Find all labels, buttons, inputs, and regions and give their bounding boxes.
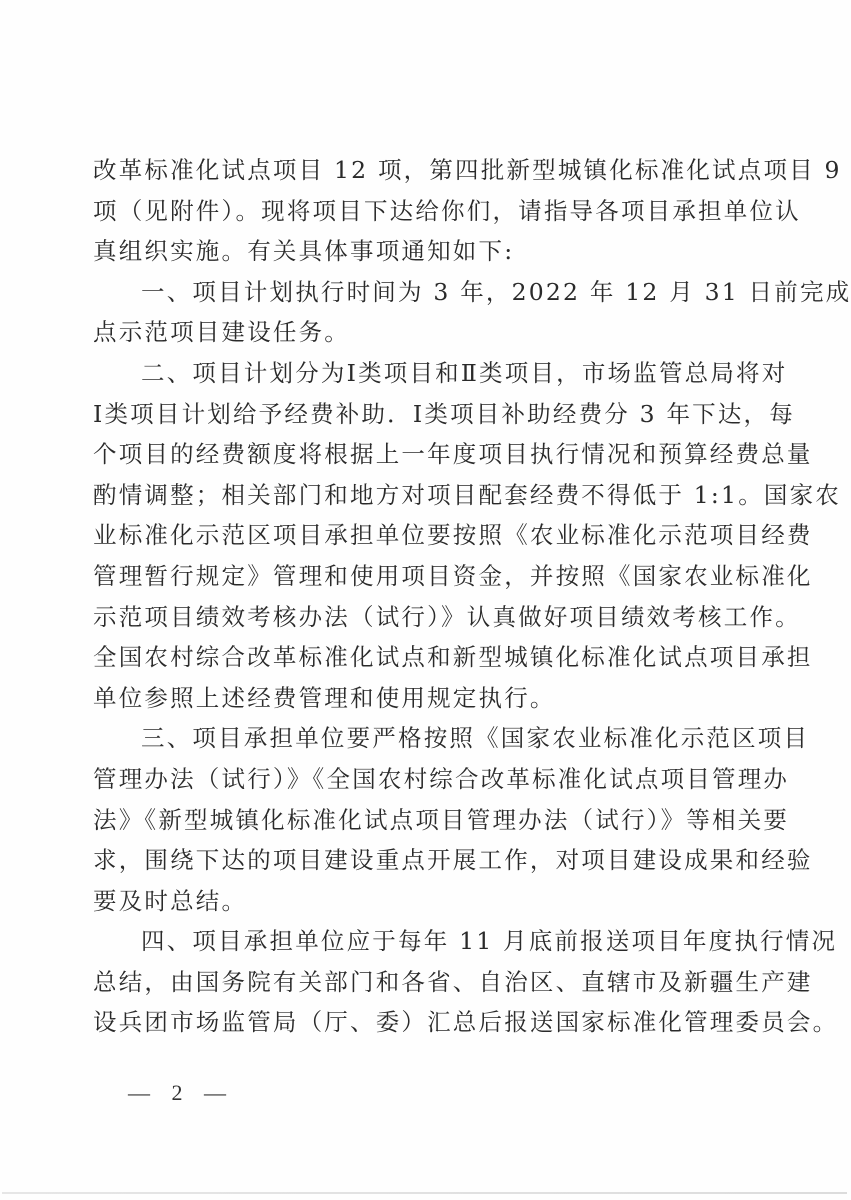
section-2-start: 二、项目计划分为Ⅰ类项目和Ⅱ类项目，市场监管总局将对: [93, 353, 783, 394]
text-line: 单位参照上述经费管理和使用规定执行。: [93, 678, 783, 719]
text-line: 酌情调整；相关部门和地方对项目配套经费不得低于 1:1。国家农: [93, 475, 783, 516]
text-line: 法》《新型城镇化标准化试点项目管理办法（试行）》等相关要: [93, 800, 783, 841]
section-3-start: 三、项目承担单位要严格按照《国家农业标准化示范区项目: [93, 718, 783, 759]
text-line: 全国农村综合改革标准化试点和新型城镇化标准化试点项目承担: [93, 637, 783, 678]
text-line: 业标准化示范区项目承担单位要按照《农业标准化示范项目经费: [93, 515, 783, 556]
page-bottom-edge: [2, 1192, 847, 1194]
text-line: 总结，由国务院有关部门和各省、自治区、直辖市及新疆生产建: [93, 962, 783, 1003]
text-line: 改革标准化试点项目 12 项，第四批新型城镇化标准化试点项目 9: [93, 150, 783, 191]
text-line: 点示范项目建设任务。: [93, 312, 783, 353]
text-line: 要及时总结。: [93, 881, 783, 922]
text-line: 管理办法（试行）》《全国农村综合改革标准化试点项目管理办: [93, 759, 783, 800]
text-line: 设兵团市场监管局（厅、委）汇总后报送国家标准化管理委员会。: [93, 1002, 783, 1043]
section-1-start: 一、项目计划执行时间为 3 年，2022 年 12 月 31 日前完成试: [93, 272, 783, 313]
text-line: 求，围绕下达的项目建设重点开展工作，对项目建设成果和经验: [93, 840, 783, 881]
document-body: 改革标准化试点项目 12 项，第四批新型城镇化标准化试点项目 9 项（见附件）。…: [93, 150, 783, 1043]
page-number: — 2 —: [128, 1080, 234, 1106]
text-line: 项（见附件）。现将项目下达给你们，请指导各项目承担单位认: [93, 191, 783, 232]
document-page: 改革标准化试点项目 12 项，第四批新型城镇化标准化试点项目 9 项（见附件）。…: [0, 0, 851, 1200]
text-line: Ⅰ类项目计划给予经费补助．Ⅰ类项目补助经费分 3 年下达，每: [93, 394, 783, 435]
section-4-start: 四、项目承担单位应于每年 11 月底前报送项目年度执行情况: [93, 921, 783, 962]
text-line: 示范项目绩效考核办法（试行）》认真做好项目绩效考核工作。: [93, 597, 783, 638]
text-line: 真组织实施。有关具体事项通知如下:: [93, 231, 783, 272]
text-line: 管理暂行规定》管理和使用项目资金，并按照《国家农业标准化: [93, 556, 783, 597]
text-line: 个项目的经费额度将根据上一年度项目执行情况和预算经费总量: [93, 434, 783, 475]
